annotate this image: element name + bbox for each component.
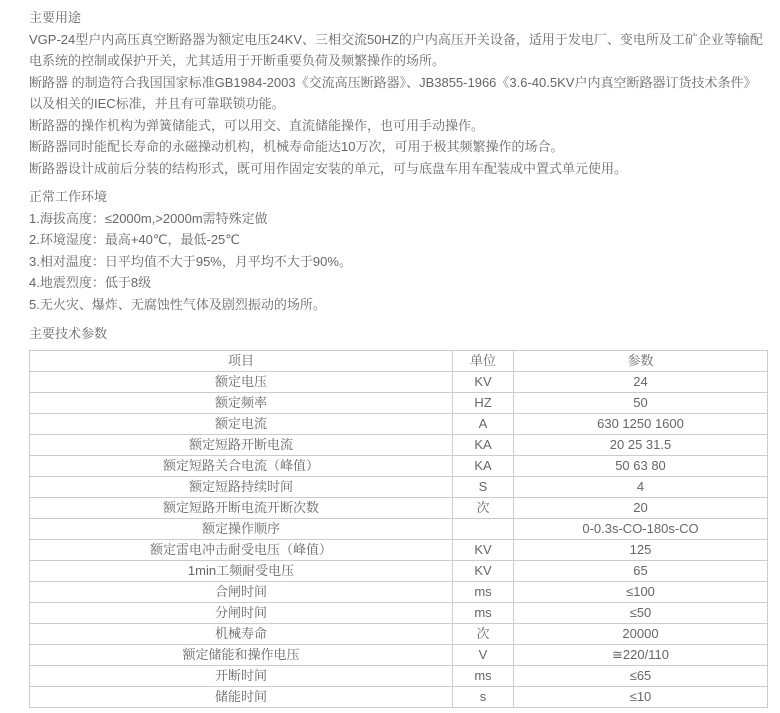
table-cell: s [453, 686, 514, 707]
table-row: 额定短路开断电流开断次数次20 [30, 497, 768, 518]
table-cell: KV [453, 560, 514, 581]
table-cell: ms [453, 602, 514, 623]
table-cell: 合闸时间 [30, 581, 453, 602]
usage-heading: 主要用途 [29, 7, 768, 29]
environment-item: 3.相对温度：日平均值不大于95%，月平均不大于90%。 [29, 251, 768, 273]
section-parameters: 主要技术参数 项目单位参数 额定电压KV24额定频率HZ50额定电流A630 1… [29, 323, 768, 708]
table-row: 额定电流A630 1250 1600 [30, 413, 768, 434]
table-cell: 额定雷电冲击耐受电压（峰值） [30, 539, 453, 560]
table-row: 额定操作顺序0-0.3s-CO-180s-CO [30, 518, 768, 539]
table-cell: S [453, 476, 514, 497]
table-cell: KV [453, 371, 514, 392]
table-cell: 630 1250 1600 [514, 413, 768, 434]
table-row: 机械寿命次20000 [30, 623, 768, 644]
parameters-table-body: 额定电压KV24额定频率HZ50额定电流A630 1250 1600额定短路开断… [30, 371, 768, 707]
document-body: 主要用途 VGP-24型户内高压真空断路器为额定电压24KV、三相交流50HZ的… [0, 0, 780, 708]
table-header-cell: 单位 [453, 350, 514, 371]
table-cell: 储能时间 [30, 686, 453, 707]
table-cell: 0-0.3s-CO-180s-CO [514, 518, 768, 539]
table-row: 额定频率HZ50 [30, 392, 768, 413]
table-cell: 20 [514, 497, 768, 518]
table-cell [453, 518, 514, 539]
table-row: 额定短路关合电流（峰值）KA50 63 80 [30, 455, 768, 476]
table-cell: KA [453, 434, 514, 455]
table-cell: 额定操作顺序 [30, 518, 453, 539]
table-cell: 24 [514, 371, 768, 392]
table-cell: 机械寿命 [30, 623, 453, 644]
table-cell: 1min工频耐受电压 [30, 560, 453, 581]
table-cell: 4 [514, 476, 768, 497]
table-cell: 额定电流 [30, 413, 453, 434]
environment-item: 5.无火灾、爆炸、无腐蚀性气体及剧烈振动的场所。 [29, 294, 768, 316]
table-row: 额定短路开断电流KA20 25 31.5 [30, 434, 768, 455]
table-cell: ≤65 [514, 665, 768, 686]
usage-paragraphs: VGP-24型户内高压真空断路器为额定电压24KV、三相交流50HZ的户内高压开… [29, 29, 768, 180]
environment-items: 1.海拔高度：≤2000m,>2000m需特殊定做2.环境湿度：最高+40℃，最… [29, 208, 768, 316]
table-row: 分闸时间ms≤50 [30, 602, 768, 623]
table-cell: 额定电压 [30, 371, 453, 392]
table-cell: 125 [514, 539, 768, 560]
table-row: 1min工频耐受电压KV65 [30, 560, 768, 581]
table-cell: V [453, 644, 514, 665]
table-cell: 额定短路关合电流（峰值） [30, 455, 453, 476]
environment-item: 1.海拔高度：≤2000m,>2000m需特殊定做 [29, 208, 768, 230]
table-cell: KV [453, 539, 514, 560]
parameters-heading: 主要技术参数 [29, 323, 768, 345]
parameters-table-head: 项目单位参数 [30, 350, 768, 371]
table-row: 额定雷电冲击耐受电压（峰值）KV125 [30, 539, 768, 560]
table-cell: ms [453, 581, 514, 602]
table-header-cell: 项目 [30, 350, 453, 371]
table-cell: 20 25 31.5 [514, 434, 768, 455]
table-cell: ms [453, 665, 514, 686]
environment-item: 2.环境湿度：最高+40℃，最低-25℃ [29, 229, 768, 251]
table-cell: 额定频率 [30, 392, 453, 413]
table-cell: 分闸时间 [30, 602, 453, 623]
table-cell: 50 63 80 [514, 455, 768, 476]
table-row: 开断时间ms≤65 [30, 665, 768, 686]
section-usage: 主要用途 VGP-24型户内高压真空断路器为额定电压24KV、三相交流50HZ的… [29, 7, 768, 179]
table-row: 额定储能和操作电压V≅220/110 [30, 644, 768, 665]
usage-paragraph: VGP-24型户内高压真空断路器为额定电压24KV、三相交流50HZ的户内高压开… [29, 29, 768, 72]
table-row: 额定短路持续时间S4 [30, 476, 768, 497]
parameters-table: 项目单位参数 额定电压KV24额定频率HZ50额定电流A630 1250 160… [29, 350, 768, 708]
table-cell: ≤10 [514, 686, 768, 707]
table-cell: A [453, 413, 514, 434]
table-cell: ≤100 [514, 581, 768, 602]
table-header-cell: 参数 [514, 350, 768, 371]
table-cell: 额定短路开断电流开断次数 [30, 497, 453, 518]
table-cell: HZ [453, 392, 514, 413]
table-cell: ≤50 [514, 602, 768, 623]
table-cell: 开断时间 [30, 665, 453, 686]
table-row: 额定电压KV24 [30, 371, 768, 392]
usage-paragraph: 断路器同时能配长寿命的永磁操动机构，机械寿命能达10万次，可用于极其频繁操作的场… [29, 136, 768, 158]
table-row: 储能时间s≤10 [30, 686, 768, 707]
table-cell: 额定短路开断电流 [30, 434, 453, 455]
table-cell: 20000 [514, 623, 768, 644]
table-cell: 65 [514, 560, 768, 581]
table-row: 合闸时间ms≤100 [30, 581, 768, 602]
table-cell: 50 [514, 392, 768, 413]
section-environment: 正常工作环境 1.海拔高度：≤2000m,>2000m需特殊定做2.环境湿度：最… [29, 186, 768, 315]
table-cell: 次 [453, 497, 514, 518]
usage-paragraph: 断路器设计成前后分装的结构形式，既可用作固定安装的单元，可与底盘车用车配装成中置… [29, 158, 768, 180]
table-header-row: 项目单位参数 [30, 350, 768, 371]
table-cell: ≅220/110 [514, 644, 768, 665]
environment-item: 4.地震烈度：低于8级 [29, 272, 768, 294]
table-cell: KA [453, 455, 514, 476]
usage-paragraph: 断路器 的制造符合我国国家标准GB1984-2003《交流高压断路器》、JB38… [29, 72, 768, 115]
table-cell: 次 [453, 623, 514, 644]
table-cell: 额定短路持续时间 [30, 476, 453, 497]
environment-heading: 正常工作环境 [29, 186, 768, 208]
usage-paragraph: 断路器的操作机构为弹簧储能式，可以用交、直流储能操作，也可用手动操作。 [29, 115, 768, 137]
table-cell: 额定储能和操作电压 [30, 644, 453, 665]
